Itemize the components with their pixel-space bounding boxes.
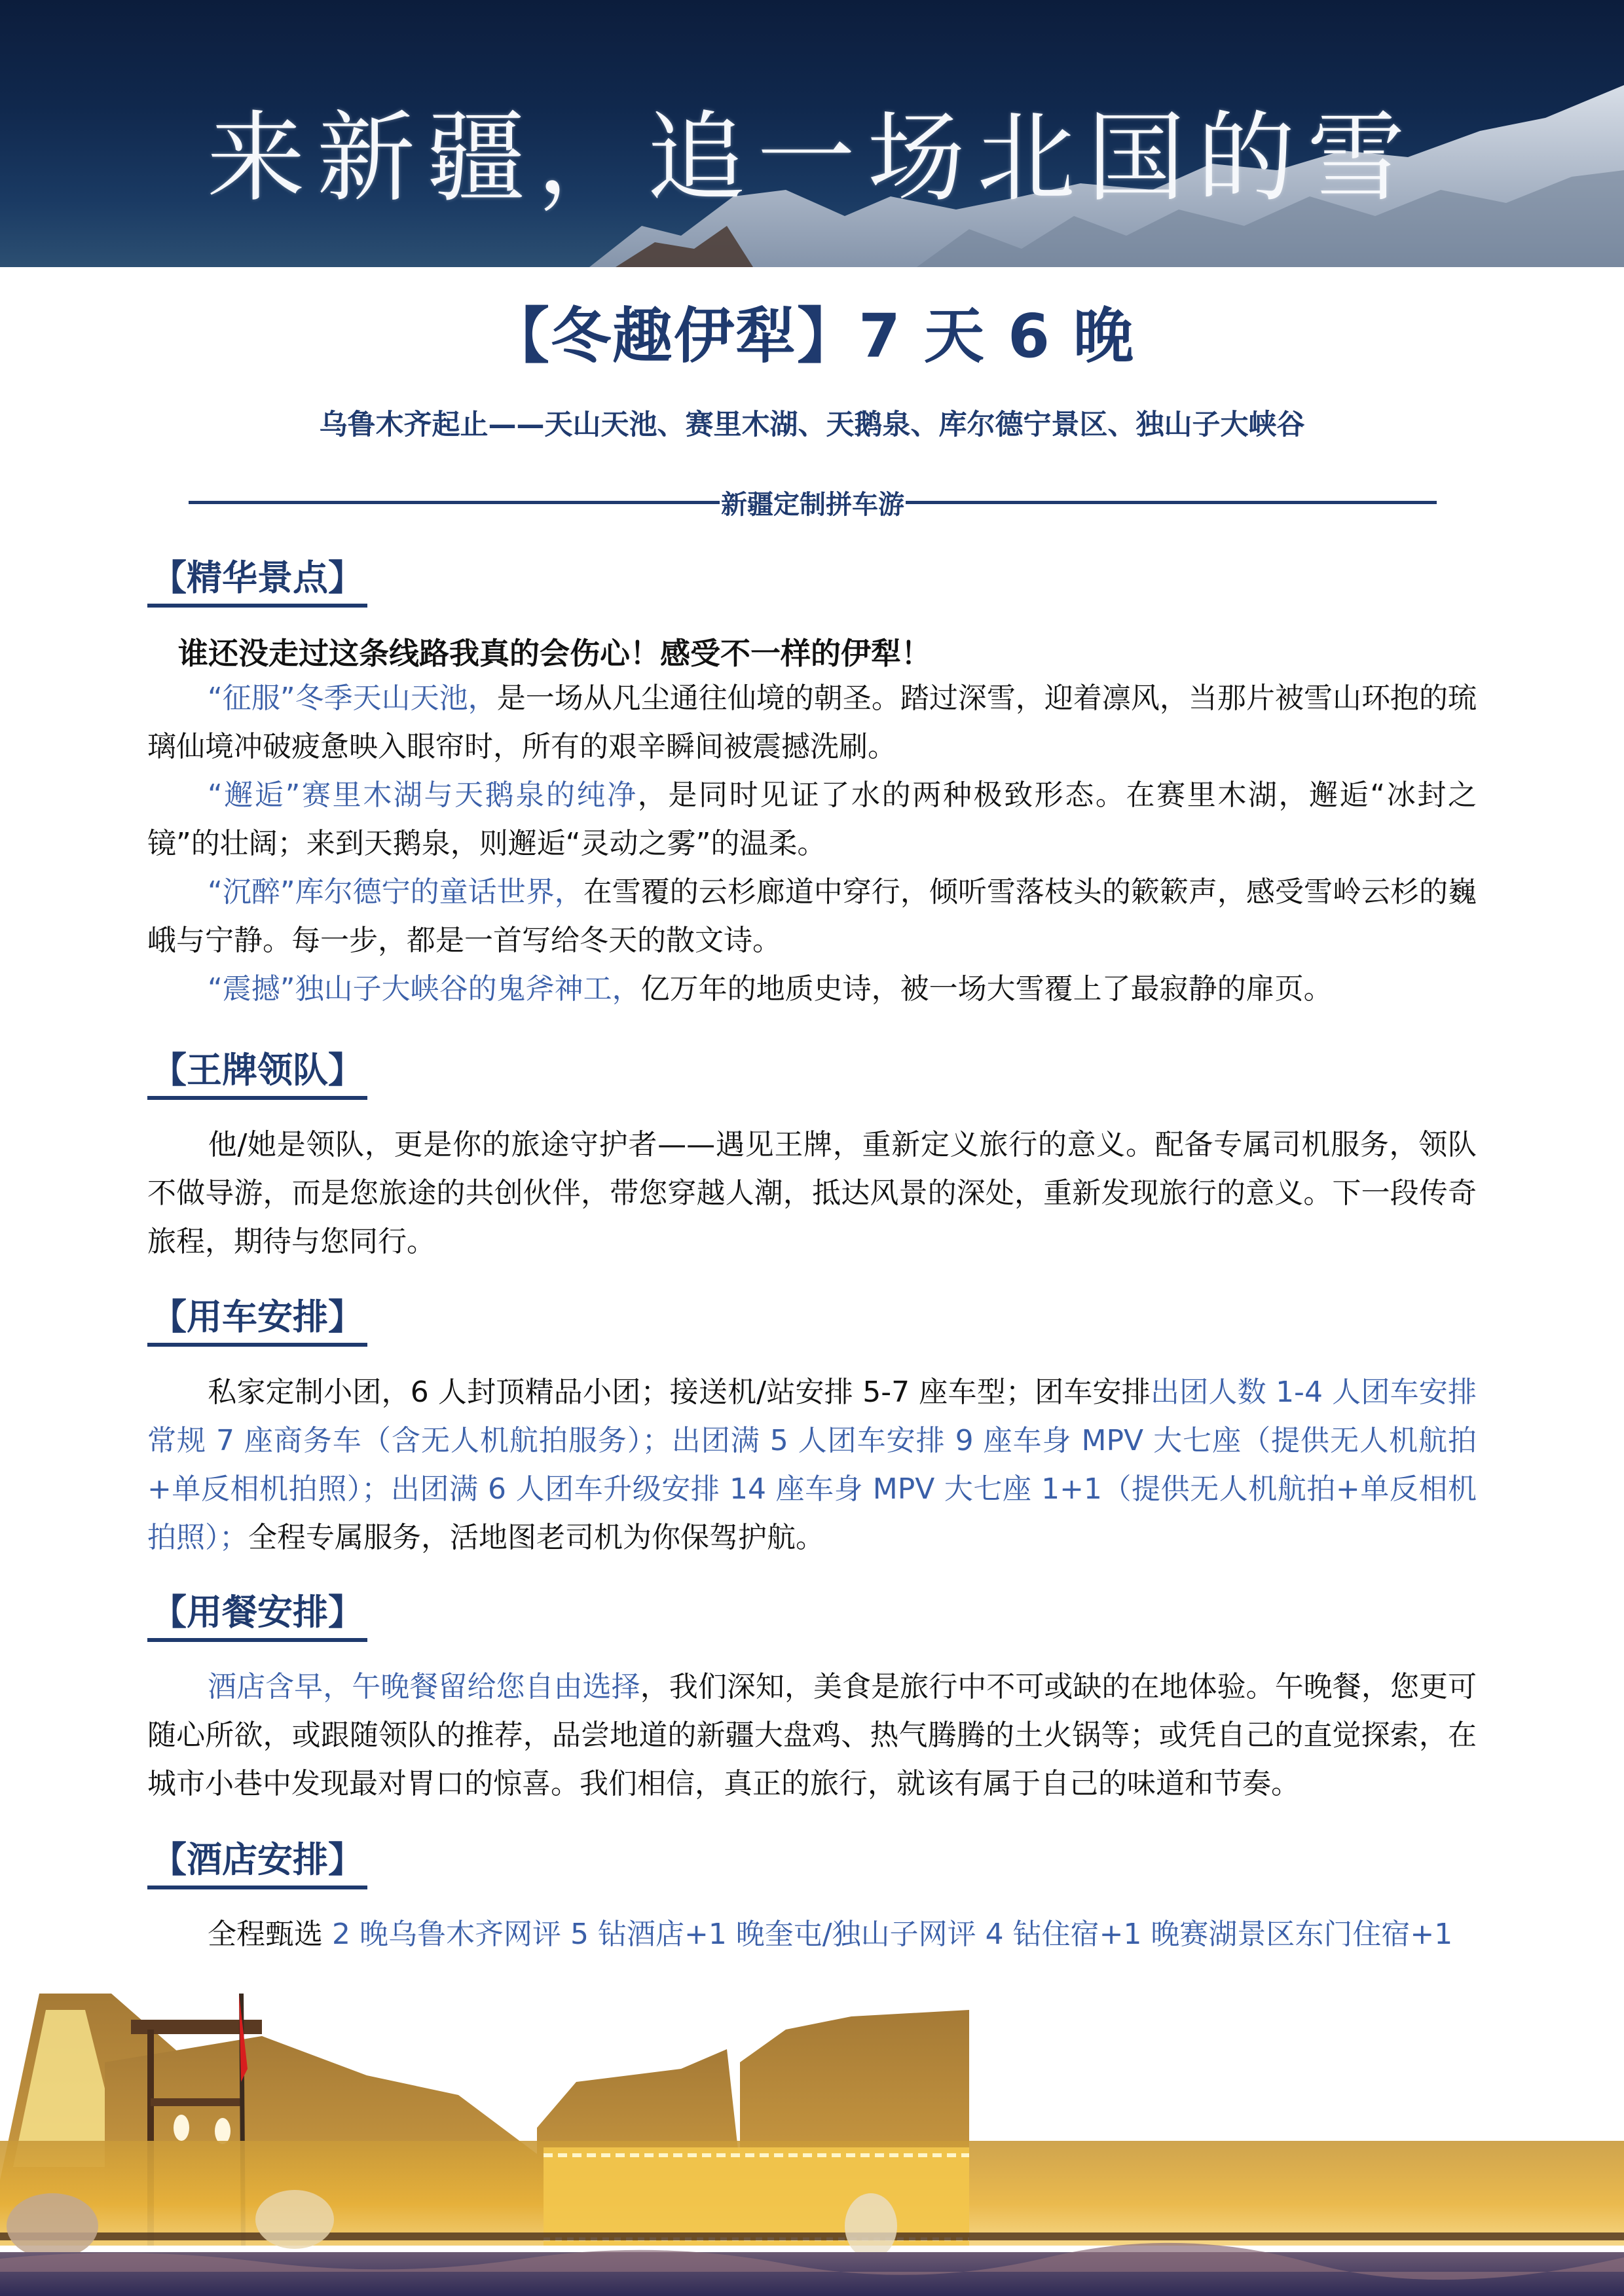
highlights-tagline: 谁还没走过这条线路我真的会伤心！感受不一样的伊犁！ <box>178 630 931 673</box>
divider-line-right <box>906 501 1437 504</box>
highlight-item: “邂逅”赛里木湖与天鹅泉的纯净，是同时见证了水的两种极致形态。在赛里木湖，邂逅“… <box>147 771 1477 868</box>
section-heading-hotel: 【酒店安排】 <box>147 1837 367 1889</box>
highlight-item: “震撼”独山子大峡谷的鬼斧神工，亿万年的地质史诗，被一场大雪覆上了最寂静的扉页。 <box>147 965 1477 1013</box>
tour-type-divider: 新疆定制拼车游 <box>189 483 1437 522</box>
section-heading-highlights: 【精华景点】 <box>147 555 367 608</box>
vehicle-text-after: 全程专属服务，活地图老司机为你保驾护航。 <box>248 1521 824 1554</box>
section-heading-dining: 【用餐安排】 <box>147 1590 367 1642</box>
dining-body: 酒店含早，午晚餐留给您自由选择，我们深知，美食是旅行中不可或缺的在地体验。午晚餐… <box>147 1663 1477 1808</box>
highlight-item: “沉醉”库尔德宁的童话世界，在雪覆的云杉廊道中穿行，倾听雪落枝头的簌簌声，感受雪… <box>147 868 1477 965</box>
dining-highlight: 酒店含早，午晚餐留给您自由选择 <box>208 1670 640 1704</box>
highlights-body: “征服”冬季天山天池，是一场从凡尘通往仙境的朝圣。踏过深雪，迎着凛风，当那片被雪… <box>147 674 1477 1013</box>
divider-line-left <box>189 501 720 504</box>
vehicle-text-before: 私家定制小团，6 人封顶精品小团；接送机/站安排 5-7 座车型；团车安排 <box>208 1376 1151 1409</box>
route-subtitle: 乌鲁木齐起止——天山天池、赛里木湖、天鹅泉、库尔德宁景区、独山子大峡谷 <box>0 403 1624 443</box>
highlight-phrase: “邂逅”赛里木湖与天鹅泉的纯净 <box>208 778 638 812</box>
leader-text: 他/她是领队，更是你的旅途守护者——遇见王牌，重新定义旅行的意义。配备专属司机服… <box>147 1128 1477 1258</box>
banner-title: 来新疆，追一场北国的雪 <box>0 79 1624 220</box>
highlight-item: “征服”冬季天山天池，是一场从凡尘通往仙境的朝圣。踏过深雪，迎着凛风，当那片被雪… <box>147 674 1477 771</box>
section-heading-leader: 【王牌领队】 <box>147 1048 367 1100</box>
vehicle-body: 私家定制小团，6 人封顶精品小团；接送机/站安排 5-7 座车型；团车安排出团人… <box>147 1368 1477 1562</box>
bottom-banner-image <box>0 1984 1624 2296</box>
highlight-phrase: “震撼”独山子大峡谷的鬼斧神工， <box>208 972 641 1006</box>
snow-village-illustration <box>0 1984 1624 2296</box>
hotel-text-before: 全程甄选 <box>208 1918 332 1951</box>
highlight-phrase: “征服”冬季天山天池， <box>208 682 497 715</box>
highlight-text: 亿万年的地质史诗，被一场大雪覆上了最寂静的扉页。 <box>641 972 1333 1006</box>
highlight-phrase: “沉醉”库尔德宁的童话世界， <box>208 875 583 909</box>
top-banner-image: 来新疆，追一场北国的雪 <box>0 0 1624 267</box>
tour-type-label: 新疆定制拼车游 <box>720 484 906 521</box>
hotel-highlight: 2 晚乌鲁木齐网评 5 钻酒店+1 晚奎屯/独山子网评 4 钻住宿+1 晚赛湖景… <box>332 1918 1452 1951</box>
page-title: 【冬趣伊犁】7 天 6 晚 <box>0 288 1624 374</box>
section-heading-vehicle: 【用车安排】 <box>147 1294 367 1347</box>
hotel-body: 全程甄选 2 晚乌鲁木齐网评 5 钻酒店+1 晚奎屯/独山子网评 4 钻住宿+1… <box>147 1910 1477 1959</box>
leader-body: 他/她是领队，更是你的旅途守护者——遇见王牌，重新定义旅行的意义。配备专属司机服… <box>147 1121 1477 1266</box>
